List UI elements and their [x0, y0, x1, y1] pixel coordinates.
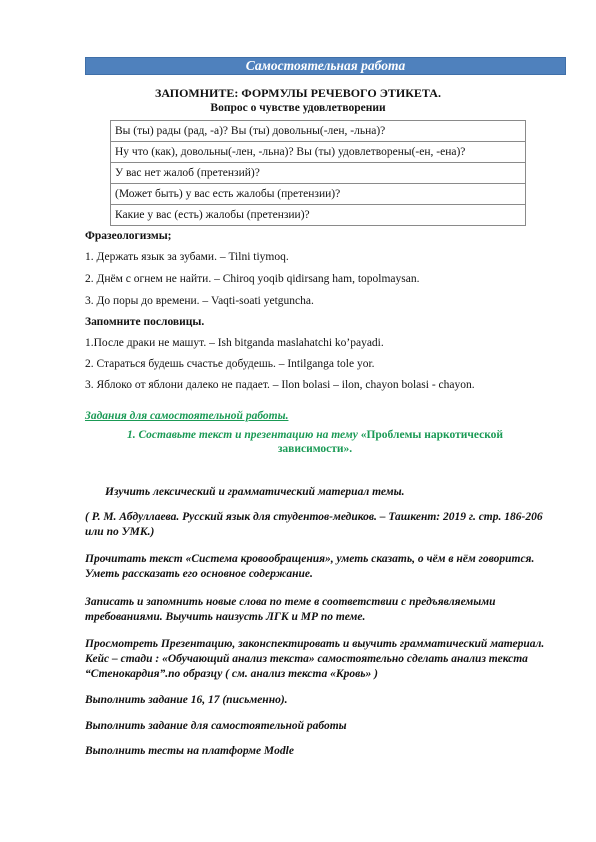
- list-item: 1.После драки не машут. – Ish bitganda m…: [85, 336, 384, 350]
- table-row: Ну что (как), довольны(-лен, -льна)? Вы …: [111, 142, 526, 163]
- instruction: Выполнить задание 16, 17 (письменно).: [85, 693, 560, 708]
- instruction: Записать и запомнить новые слова по теме…: [85, 595, 560, 625]
- list-item: 3. Яблоко от яблони далеко не падает. – …: [85, 378, 475, 392]
- table-row: У вас нет жалоб (претензий)?: [111, 163, 526, 184]
- proverbs-heading: Запомните пословицы.: [85, 315, 204, 329]
- table-row: Вы (ты) рады (рад, -а)? Вы (ты) довольны…: [111, 121, 526, 142]
- list-item: 1. Держать язык за зубами. – Tilni tiymo…: [85, 250, 289, 264]
- instruction: Выполнить тесты на платформе Modle: [85, 744, 560, 759]
- instruction: Выполнить задание для самостоятельной ра…: [85, 719, 560, 734]
- table-row: Какие у вас (есть) жалобы (претензии)?: [111, 205, 526, 226]
- task-1: 1. Составьте текст и презентацию на тему…: [100, 428, 530, 456]
- section-banner: Самостоятельная работа: [85, 57, 566, 75]
- table-cell: Вы (ты) рады (рад, -а)? Вы (ты) довольны…: [111, 121, 526, 142]
- tasks-heading: Задания для самостоятельной работы.: [85, 410, 288, 422]
- instruction: Просмотреть Презентацию, законспектирова…: [85, 637, 560, 682]
- task-1-intro: 1. Составьте текст и презентацию на тему: [127, 429, 361, 441]
- instruction: ( Р. М. Абдуллаева. Русский язык для сту…: [85, 510, 560, 540]
- page-title: ЗАПОМНИТЕ: ФОРМУЛЫ РЕЧЕВОГО ЭТИКЕТА.: [0, 86, 596, 100]
- document-page: Самостоятельная работа ЗАПОМНИТЕ: ФОРМУЛ…: [0, 0, 596, 842]
- table-row: (Может быть) у вас есть жалобы (претензи…: [111, 184, 526, 205]
- table-cell: (Может быть) у вас есть жалобы (претензи…: [111, 184, 526, 205]
- instruction: Прочитать текст «Система кровообращения»…: [85, 552, 560, 582]
- page-subtitle: Вопрос о чувстве удовлетворении: [0, 101, 596, 115]
- table-cell: У вас нет жалоб (претензий)?: [111, 163, 526, 184]
- phraseologisms-heading: Фразеологизмы;: [85, 229, 172, 243]
- table-cell: Какие у вас (есть) жалобы (претензии)?: [111, 205, 526, 226]
- table-cell: Ну что (как), довольны(-лен, -льна)? Вы …: [111, 142, 526, 163]
- instruction: Изучить лексический и грамматический мат…: [105, 485, 580, 500]
- list-item: 3. До поры до времени. – Vaqti-soati yet…: [85, 294, 314, 308]
- list-item: 2. Стараться будешь счастье добудешь. – …: [85, 357, 375, 371]
- list-item: 2. Днём с огнем не найти. – Chiroq yoqib…: [85, 272, 419, 286]
- etiquette-table: Вы (ты) рады (рад, -а)? Вы (ты) довольны…: [110, 120, 526, 226]
